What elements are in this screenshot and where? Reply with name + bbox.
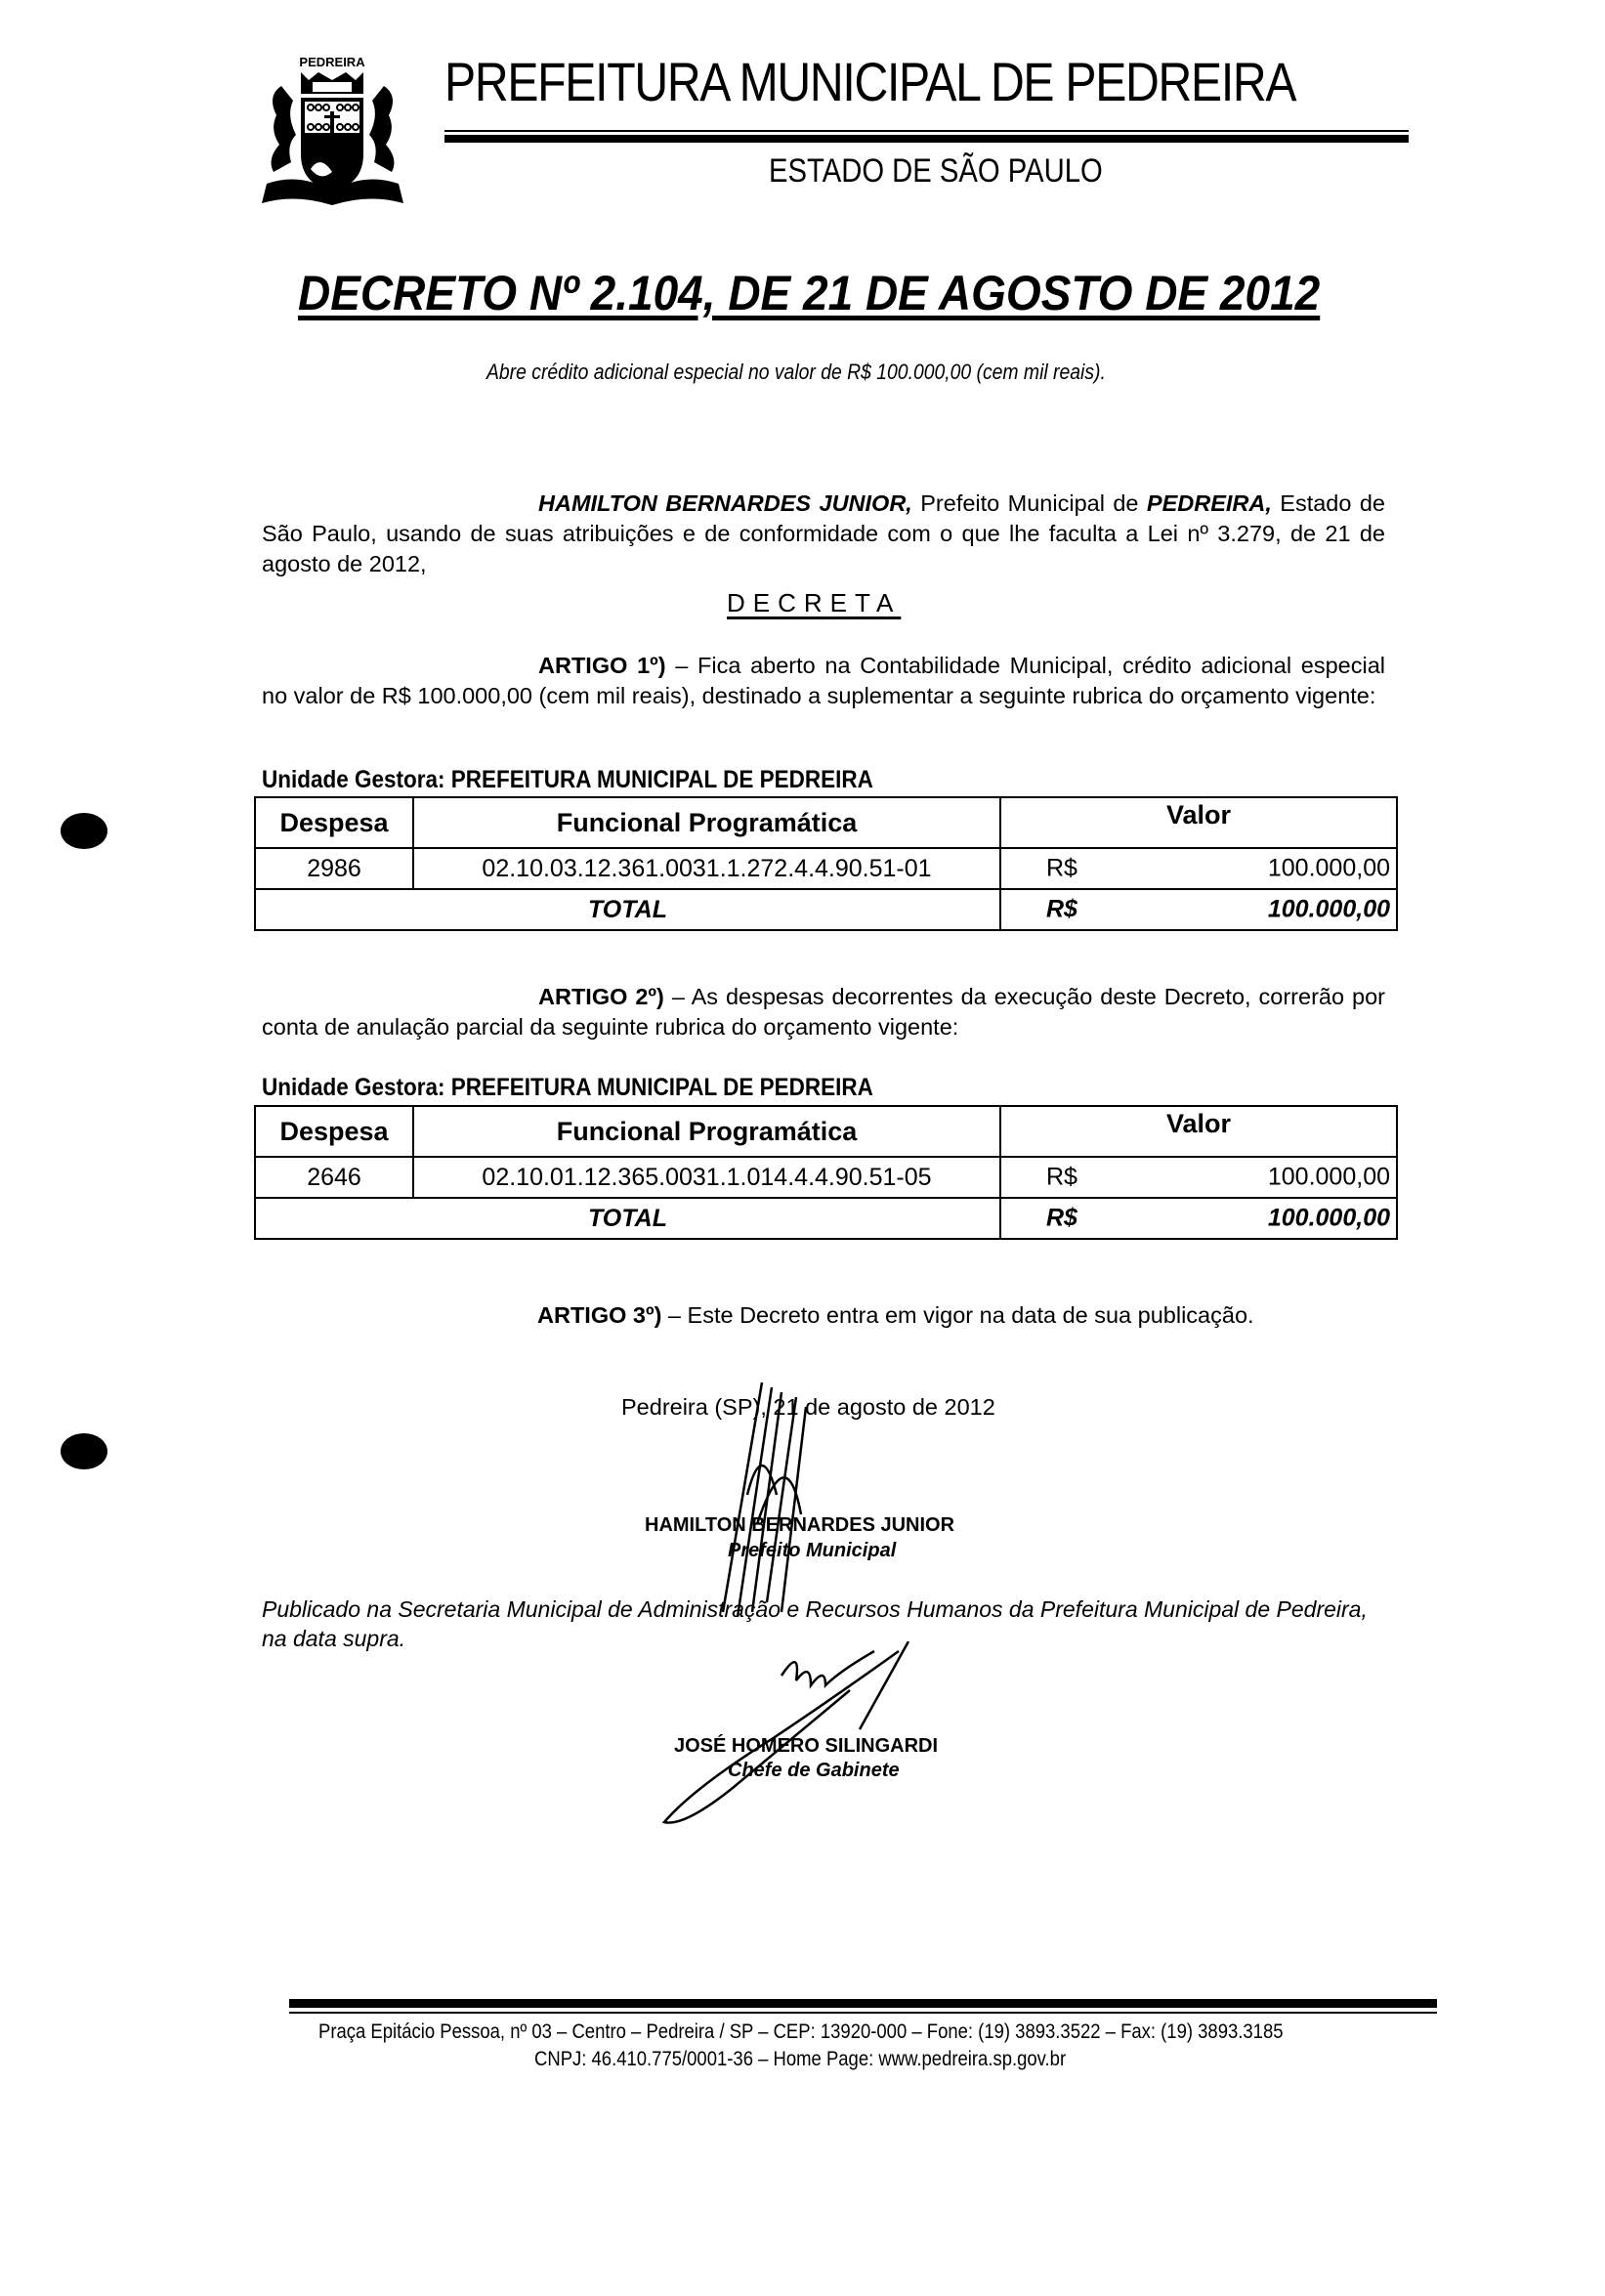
article-3: ARTIGO 3º) – Este Decreto entra em vigor… <box>537 1302 1254 1329</box>
header-funcional: Funcional Programática <box>413 1106 1000 1157</box>
table-header-row: Despesa Funcional Programática Valor <box>255 1106 1397 1157</box>
header-rule-thick <box>444 135 1409 143</box>
mayor-role: Prefeito Municipal <box>728 1540 896 1562</box>
cell-funcional: 02.10.01.12.365.0031.1.014.4.4.90.51-05 <box>413 1157 1000 1198</box>
preamble-paragraph: HAMILTON BERNARDES JUNIOR, Prefeito Muni… <box>262 489 1385 579</box>
footer-cnpj: CNPJ: 46.410.775/0001-36 – Home Page: ww… <box>534 2048 1066 2071</box>
table-total-row: TOTAL R$100.000,00 <box>255 1198 1397 1239</box>
punch-hole <box>61 1433 107 1469</box>
header-valor: Valor <box>1000 797 1397 848</box>
article-2-label: ARTIGO 2º) <box>538 984 664 1009</box>
city-name-inline: PEDREIRA, <box>1147 490 1272 516</box>
cell-despesa: 2986 <box>255 848 413 889</box>
total-label: TOTAL <box>255 1198 1000 1239</box>
table-total-row: TOTAL R$100.000,00 <box>255 889 1397 930</box>
footer-rule-thin <box>289 2012 1437 2014</box>
table-2-unit-label: Unidade Gestora: PREFEITURA MUNICIPAL DE… <box>262 1074 873 1102</box>
place-date: Pedreira (SP), 21 de agosto de 2012 <box>621 1394 995 1421</box>
header-despesa: Despesa <box>255 797 413 848</box>
header-valor: Valor <box>1000 1106 1397 1157</box>
table-row: 2986 02.10.03.12.361.0031.1.272.4.4.90.5… <box>255 848 1397 889</box>
footer-rule-thick <box>289 1999 1437 2008</box>
organization-name: PREFEITURA MUNICIPAL DE PEDREIRA <box>444 55 1295 109</box>
cell-valor: R$100.000,00 <box>1000 848 1397 889</box>
cell-despesa: 2646 <box>255 1157 413 1198</box>
article-2: ARTIGO 2º) – As despesas decorrentes da … <box>262 982 1385 1042</box>
header-despesa: Despesa <box>255 1106 413 1157</box>
total-label: TOTAL <box>255 889 1000 930</box>
chief-of-staff-role: Chefe de Gabinete <box>728 1760 900 1782</box>
mayor-name-inline: HAMILTON BERNARDES JUNIOR, <box>538 490 912 516</box>
header-rule-thin <box>444 130 1409 132</box>
cell-funcional: 02.10.03.12.361.0031.1.272.4.4.90.51-01 <box>413 848 1000 889</box>
table-header-row: Despesa Funcional Programática Valor <box>255 797 1397 848</box>
decree-summary: Abre crédito adicional especial no valor… <box>486 358 1398 387</box>
publication-note: Publicado na Secretaria Municipal de Adm… <box>262 1594 1395 1653</box>
coat-of-arms-icon: PEDREIRA <box>252 47 413 208</box>
table-1-unit-label: Unidade Gestora: PREFEITURA MUNICIPAL DE… <box>262 766 873 794</box>
mayor-name: HAMILTON BERNARDES JUNIOR <box>645 1514 954 1537</box>
decree-title: DECRETO Nº 2.104, DE 21 DE AGOSTO DE 201… <box>298 269 1320 318</box>
state-name: ESTADO DE SÃO PAULO <box>769 154 1103 188</box>
footer-address: Praça Epitácio Pessoa, nº 03 – Centro – … <box>318 2020 1284 2044</box>
budget-table-1: Despesa Funcional Programática Valor 298… <box>254 796 1398 931</box>
cell-valor: R$100.000,00 <box>1000 1157 1397 1198</box>
article-1: ARTIGO 1º) – Fica aberto na Contabilidad… <box>262 651 1385 711</box>
budget-table-2: Despesa Funcional Programática Valor 264… <box>254 1105 1398 1240</box>
article-3-label: ARTIGO 3º) <box>537 1302 661 1328</box>
article-1-label: ARTIGO 1º) <box>538 653 666 678</box>
punch-hole <box>61 813 107 849</box>
total-valor: R$100.000,00 <box>1000 889 1397 930</box>
decreta-heading: DECRETA <box>727 588 901 618</box>
total-valor: R$100.000,00 <box>1000 1198 1397 1239</box>
table-row: 2646 02.10.01.12.365.0031.1.014.4.4.90.5… <box>255 1157 1397 1198</box>
chief-of-staff-name: JOSÉ HOMERO SILINGARDI <box>674 1735 938 1758</box>
header-funcional: Funcional Programática <box>413 797 1000 848</box>
svg-text:PEDREIRA: PEDREIRA <box>299 55 365 69</box>
